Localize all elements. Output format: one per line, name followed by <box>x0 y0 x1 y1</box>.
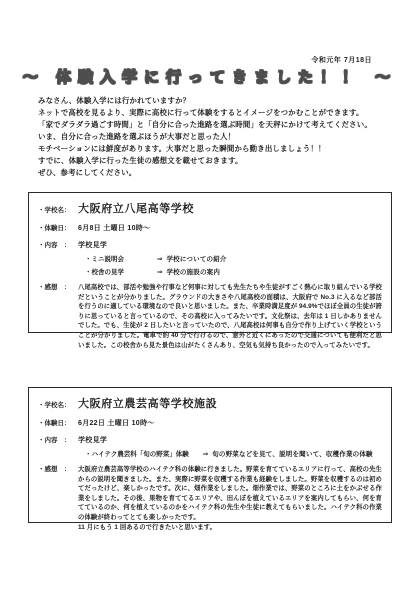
field-content: ・内容 ： 学校見学 <box>38 435 382 445</box>
field-label-content: ・内容 ： <box>38 240 78 249</box>
content-item-label: ・校舎の見学 <box>85 267 143 276</box>
impression-text: 八尾高校では、部活や勉強や行事など何事に対しても先生たちや生徒がすごく熱心に取り… <box>78 283 382 350</box>
field-label-visit-date: ・体験日： <box>38 418 78 427</box>
intro-line: ぜひ、参考にしてください。 <box>38 167 392 179</box>
visit-date: 6月8日 土曜日 10時～ <box>78 223 150 233</box>
field-content: ・内容 ： 学校見学 <box>38 240 382 250</box>
content-item-label: ・ハイテク農芸科「旬の野菜」体験 <box>85 449 189 458</box>
school-name: 大阪府立八尾高等学校 <box>78 200 194 216</box>
content-item-desc: 学校の施設の案内 <box>166 267 220 276</box>
document-page: 令和元年 7月18日 ～ 体験入学に行ってきました！！ ～ みなさん、体験入学に… <box>0 0 420 595</box>
field-label-visit-date: ・体験日： <box>38 223 78 232</box>
content-item-desc: 旬の野菜などを見て、説明を聞いて、収穫作業の体験 <box>212 449 373 458</box>
content-main: 学校見学 <box>78 240 107 250</box>
field-label-impression: ・感想 ： <box>38 464 78 473</box>
intro-paragraph: みなさん、体験入学には行かれていますか？ ネットで高校を見るより、実際に高校に行… <box>38 95 392 179</box>
field-label-school-name: ・学校名： <box>38 400 78 409</box>
intro-line: 「家でダラダラ過ごす時間」と「自分に合った進路を選ぶ時間」を天秤にかけて考えてく… <box>38 119 392 131</box>
field-label-school-name: ・学校名： <box>38 205 78 214</box>
content-main: 学校見学 <box>78 435 107 445</box>
field-impression: ・感想 ： 大阪府立農芸高等学校のハイテク科の体験に行きました。野菜を育てている… <box>38 464 382 532</box>
content-item: ・ミニ説明会 ⇒ 学校についての紹介 <box>85 254 382 263</box>
document-date: 令和元年 7月18日 <box>311 55 372 65</box>
field-label-impression: ・感想 ： <box>38 282 78 291</box>
intro-line: みなさん、体験入学には行かれていますか？ <box>38 95 392 107</box>
field-school-name: ・学校名： 大阪府立農芸高等学校施設 <box>38 395 382 411</box>
arrow-right-icon: ⇒ <box>157 255 162 263</box>
intro-line: すでに、体験入学に行った生徒の感想文を載せておきます。 <box>38 155 392 167</box>
field-school-name: ・学校名： 大阪府立八尾高等学校 <box>38 200 382 216</box>
content-item-label: ・ミニ説明会 <box>85 254 143 263</box>
impression-text: 大阪府立農芸高等学校のハイテク科の体験に行きました。野菜を育てているエリアに行っ… <box>78 465 382 532</box>
field-visit-date: ・体験日： 6月22日 土曜日 10時～ <box>38 418 382 428</box>
arrow-right-icon: ⇒ <box>157 268 162 276</box>
field-visit-date: ・体験日： 6月8日 土曜日 10時～ <box>38 223 382 233</box>
content-item: ・校舎の見学 ⇒ 学校の施設の案内 <box>85 267 382 276</box>
intro-line: ネットで高校を見るより、実際に高校に行って体験をするとイメージをつかむことができ… <box>38 107 392 119</box>
field-impression: ・感想 ： 八尾高校では、部活や勉強や行事など何事に対しても先生たちや生徒がすご… <box>38 282 382 350</box>
field-label-content: ・内容 ： <box>38 435 78 444</box>
visit-date: 6月22日 土曜日 10時～ <box>78 418 155 428</box>
school-report-box-yao: ・学校名： 大阪府立八尾高等学校 ・体験日： 6月8日 土曜日 10時～ ・内容… <box>28 192 392 333</box>
page-title: ～ 体験入学に行ってきました！！ ～ <box>0 66 420 87</box>
arrow-right-icon: ⇒ <box>203 450 208 458</box>
school-report-box-nogei: ・学校名： 大阪府立農芸高等学校施設 ・体験日： 6月22日 土曜日 10時～ … <box>28 387 392 523</box>
content-item-desc: 学校についての紹介 <box>166 254 226 263</box>
school-name: 大阪府立農芸高等学校施設 <box>78 395 217 411</box>
content-item: ・ハイテク農芸科「旬の野菜」体験 ⇒ 旬の野菜などを見て、説明を聞いて、収穫作業… <box>85 449 382 458</box>
intro-line: いま、自分に合った進路を選ぶほうが大事だと思った人！ <box>38 131 392 143</box>
intro-line: モチベーションには鮮度があります。大事だと思った瞬間から動き出しましょう！！ <box>38 143 392 155</box>
